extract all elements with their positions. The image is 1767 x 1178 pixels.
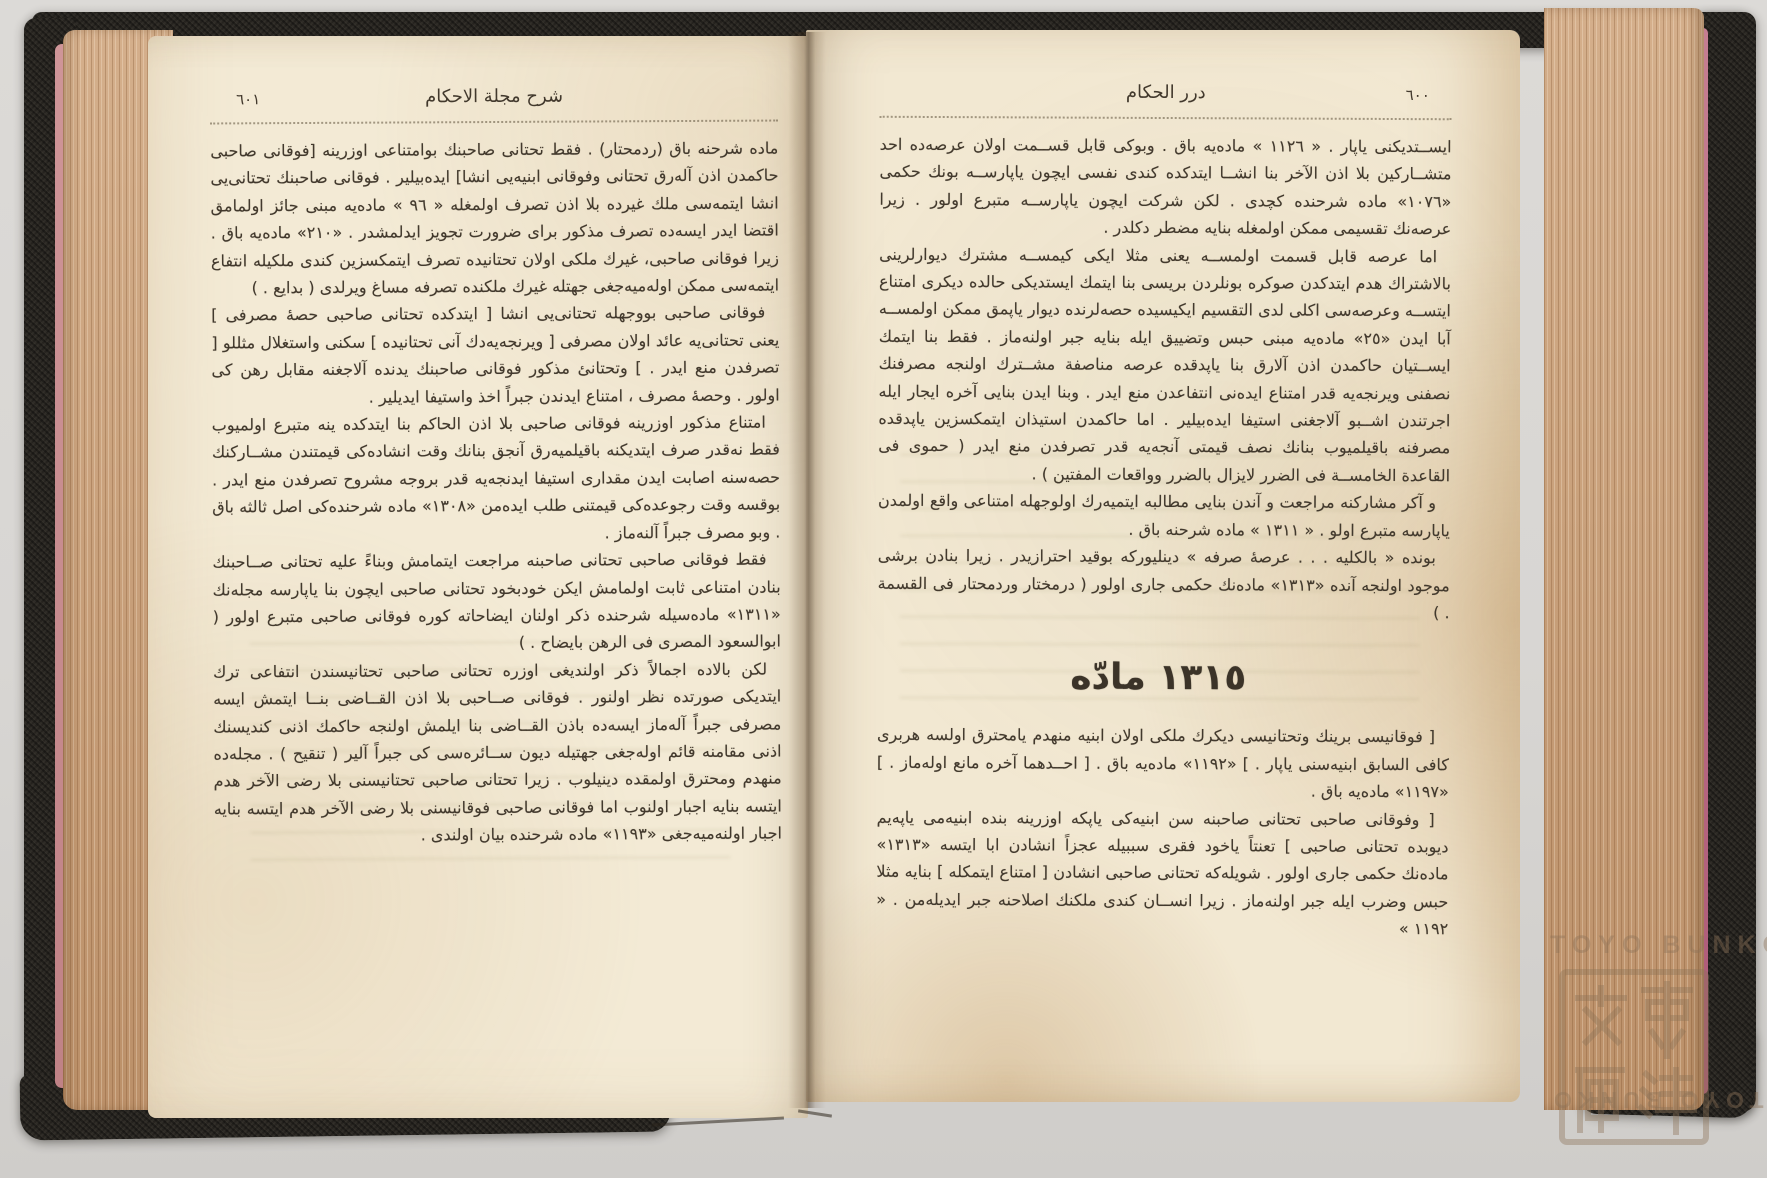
right-page-text-column: ٦٠٠ درر الحكام ايســتديكنى ياپار . « ١١٢… <box>876 81 1452 943</box>
paragraph: اما عرصه قابل قسمت اولمســه يعنى مثلا اي… <box>878 240 1451 489</box>
left-page-body: ماده شرحنه باق (ردمحتار) . فقط تحتانى صا… <box>210 135 782 851</box>
right-running-title: درر الحكام <box>880 81 1452 104</box>
left-page-text-column: ٦٠١ شرح مجلة الاحكام ماده شرحنه باق (ردم… <box>210 85 782 851</box>
paragraph: فقط فوقانى صاحبى تحتانى صاحبنه مراجعت اي… <box>212 546 781 659</box>
right-page-body-bottom: [ فوقانيسى برينك وتحتانيسى ديكرك ملكى او… <box>876 721 1449 943</box>
paragraph: ايســتديكنى ياپار . « ١١٢٦ » ماده‌يه باق… <box>879 131 1451 243</box>
paragraph: [ فوقانيسى برينك وتحتانيسى ديكرك ملكى او… <box>877 721 1449 806</box>
article-1315-heading: ١٣١٥ مادّه <box>877 656 1439 699</box>
fore-edge-right <box>1544 8 1704 1110</box>
gutter-shadow <box>788 32 826 1108</box>
left-running-title: شرح مجلة الاحكام <box>210 85 778 109</box>
paragraph: و آكر مشاركنه مراجعت و آندن بنايى مطالبه… <box>878 487 1450 544</box>
stray-ink-mark <box>652 1117 784 1127</box>
right-header-rule <box>880 116 1452 120</box>
left-running-head: ٦٠١ شرح مجلة الاحكام <box>210 85 778 115</box>
paragraph: لكن بالاده اجمالاً ذكر اولنديغى اوزره تح… <box>213 655 782 850</box>
book-photo: ٦٠١ شرح مجلة الاحكام ماده شرحنه باق (ردم… <box>0 0 1767 1178</box>
paragraph: ماده شرحنه باق (ردمحتار) . فقط تحتانى صا… <box>210 135 779 302</box>
left-header-rule <box>210 120 778 125</box>
book-cover-right-edge <box>1702 12 1756 1112</box>
right-page-body-top: ايســتديكنى ياپار . « ١١٢٦ » ماده‌يه باق… <box>878 131 1452 627</box>
right-running-head: ٦٠٠ درر الحكام <box>880 81 1452 110</box>
paragraph: فوقانى صاحبى بووجهله تحتانى‌يى انشا [ اي… <box>211 299 780 412</box>
paragraph: امتناع مذكور اوزرينه فوقانى صاحبى بلا اذ… <box>212 409 781 549</box>
paragraph: [ وفوقانى صاحبى تحتانى صاحبنه سن ابنيه‌ك… <box>876 803 1449 943</box>
paragraph: بونده « بالكليه . . . عرصهٔ صرفه » دينلي… <box>878 542 1450 627</box>
